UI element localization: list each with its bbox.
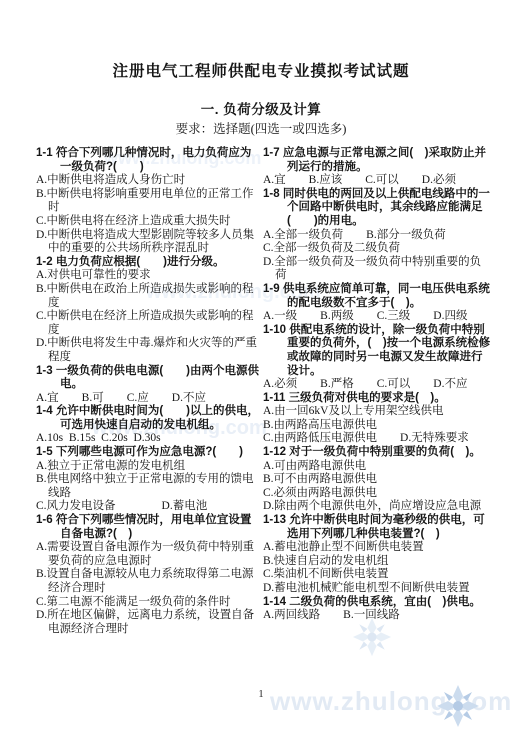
question-block: 1-12 对于一级负荷中特别重要的负荷( )。A.可由两路电源供电B.可不由两路… (263, 446, 492, 514)
question-stem: 1-7 应急电源与正常电源之间( )采取防止并列运行的措施。 (263, 147, 492, 174)
question-block: 1-5 下列哪些电源可作为应急电源?( )A.独立于正常电源的发电机组B.供电网… (36, 446, 259, 514)
option-line: A.必须 B.严格 C.可以 D.不应 (263, 378, 492, 392)
option-line: C.中断供电在经济上所造成损失或影响的程度 (36, 310, 259, 337)
option-line: C.柴油机不间断供电装置 (263, 568, 492, 582)
question-block: 1-9 供电系统应简单可靠，同一电压供电系统的配电级数不宜多于( )。A.一级 … (263, 283, 492, 324)
option-line: D.蓄电池机械贮能电机型不间断供电装置 (263, 582, 492, 596)
option-line: A.宜 B.可 C.应 D.不应 (36, 392, 259, 406)
option-line: B.中断供电将影响重要用电单位的正常工作时 (36, 188, 259, 215)
option-line: B.设置自备电源较从电力系统取得第二电源经济合理时 (36, 568, 259, 595)
option-line: A.宜 B.应该 C.可以 D.必须 (263, 174, 492, 188)
option-line: A.需要设置自备电源作为一级负荷中特别重要负荷的应急电源时 (36, 541, 259, 568)
option-line: A.一级 B.两级 C.三级 D.四级 (263, 310, 492, 324)
option-line: A.中断供电将造成人身伤亡时 (36, 174, 259, 188)
option-line: C.必须由两路电源供电 (263, 487, 492, 501)
question-stem: 1-8 同时供电的两回及以上供配电线路中的一个回路中断供电时，其余线路应能满足(… (263, 188, 492, 229)
question-stem: 1-13 允许中断供电时间为毫秒级的供电，可选用下列哪几种供电装置?( ) (263, 514, 492, 541)
question-block: 1-3 一级负荷的供电电源( )由两个电源供电。A.宜 B.可 C.应 D.不应 (36, 365, 259, 406)
question-stem: 1-14 二级负荷的供电系统，宜由( )供电。 (263, 596, 492, 610)
question-block: 1-8 同时供电的两回及以上供配电线路中的一个回路中断供电时，其余线路应能满足(… (263, 188, 492, 283)
option-line: A.独立于正常电源的发电机组 (36, 460, 259, 474)
option-line: B.可不由两路电源供电 (263, 473, 492, 487)
option-line: C.由两路低压电源供电 D.无特殊要求 (263, 432, 492, 446)
option-line: D.中断供电将造成大型影剧院等较多人员集中的重要的公共场所秩序混乱时 (36, 229, 259, 256)
option-line: D.所在地区偏僻，远离电力系统，设置自备电源经济合理时 (36, 609, 259, 636)
question-stem: 1-11 三级负荷对供电的要求是( )。 (263, 392, 492, 406)
question-block: 1-10 供配电系统的设计，除一级负荷中特别重要的负荷外，( )按一个电源系统检… (263, 324, 492, 392)
option-line: A.两回线路 B.一回线路 (263, 609, 492, 623)
section-heading: 一. 负荷分级及计算 (0, 98, 522, 118)
right-column: 1-7 应急电源与正常电源之间( )采取防止并列运行的措施。A.宜 B.应该 C… (263, 147, 492, 623)
left-column: 1-1 符合下列哪几种情况时，电力负荷应为一级负荷?( )A.中断供电将造成人身… (36, 147, 259, 636)
question-block: 1-2 电力负荷应根据( )进行分级。A.对供电可靠性的要求B.中断供电在政治上… (36, 256, 259, 365)
option-line: A.由一回6kV及以上专用架空线供电 (263, 405, 492, 419)
question-block: 1-11 三级负荷对供电的要求是( )。A.由一回6kV及以上专用架空线供电B.… (263, 392, 492, 446)
question-stem: 1-5 下列哪些电源可作为应急电源?( ) (36, 446, 259, 460)
option-line: A.蓄电池静止型不间断供电装置 (263, 541, 492, 555)
option-line: D.全部一级负荷及一级负荷中特别重要的负荷 (263, 256, 492, 283)
question-block: 1-6 符合下列哪些情况时，用电单位宜设置自备电源?( )A.需要设置自备电源作… (36, 514, 259, 636)
option-line: D.除由两个电源供电外，尚应增设应急电源 (263, 500, 492, 514)
exam-page: www.zhulong.com www.zhulong.com www.zhul… (0, 0, 522, 737)
option-line: A.对供电可靠性的要求 (36, 269, 259, 283)
question-stem: 1-2 电力负荷应根据( )进行分级。 (36, 256, 259, 270)
question-stem: 1-6 符合下列哪些情况时，用电单位宜设置自备电源?( ) (36, 514, 259, 541)
question-block: 1-13 允许中断供电时间为毫秒级的供电，可选用下列哪几种供电装置?( )A.蓄… (263, 514, 492, 596)
option-line: D.中断供电将发生中毒.爆炸和火灾等的严重程度 (36, 337, 259, 364)
option-line: C.全部一级负荷及二级负荷 (263, 242, 492, 256)
question-block: 1-7 应急电源与正常电源之间( )采取防止并列运行的措施。A.宜 B.应该 C… (263, 147, 492, 188)
question-block: 1-1 符合下列哪几种情况时，电力负荷应为一级负荷?( )A.中断供电将造成人身… (36, 147, 259, 256)
page-number: 1 (0, 689, 522, 700)
option-line: A.全部一级负荷 B.部分一级负荷 (263, 229, 492, 243)
watermark-flower-icon (352, 617, 392, 657)
question-block: 1-14 二级负荷的供电系统，宜由( )供电。A.两回线路 B.一回线路 (263, 596, 492, 623)
question-block: 1-4 允许中断供电时间为( )以上的供电，可选用快速自启动的发电机组。A.10… (36, 405, 259, 446)
question-stem: 1-12 对于一级负荷中特别重要的负荷( )。 (263, 446, 492, 460)
question-stem: 1-9 供电系统应简单可靠，同一电压供电系统的配电级数不宜多于( )。 (263, 283, 492, 310)
page-title: 注册电气工程师供配电专业摸拟考试试题 (0, 59, 522, 81)
question-stem: 1-10 供配电系统的设计，除一级负荷中特别重要的负荷外，( )按一个电源系统检… (263, 324, 492, 378)
option-line: C.风力发电设备 D.蓄电池 (36, 500, 259, 514)
question-stem: 1-3 一级负荷的供电电源( )由两个电源供电。 (36, 365, 259, 392)
option-line: B.由两路高压电源供电 (263, 419, 492, 433)
option-line: B.供电网络中独立于正常电源的专用的馈电线路 (36, 473, 259, 500)
option-line: B.中断供电在政治上所造成损失或影响的程度 (36, 283, 259, 310)
option-line: A.10s B.15s C.20s D.30s (36, 432, 259, 446)
option-line: A.可由两路电源供电 (263, 460, 492, 474)
requirement-line: 要求：选择题(四选一或四选多) (0, 119, 522, 137)
option-line: C.第二电源不能满足一级负荷的条件时 (36, 596, 259, 610)
question-stem: 1-4 允许中断供电时间为( )以上的供电，可选用快速自启动的发电机组。 (36, 405, 259, 432)
question-stem: 1-1 符合下列哪几种情况时，电力负荷应为一级负荷?( ) (36, 147, 259, 174)
option-line: B.快速自启动的发电机组 (263, 555, 492, 569)
option-line: C.中断供电将在经济上造成重大损失时 (36, 215, 259, 229)
